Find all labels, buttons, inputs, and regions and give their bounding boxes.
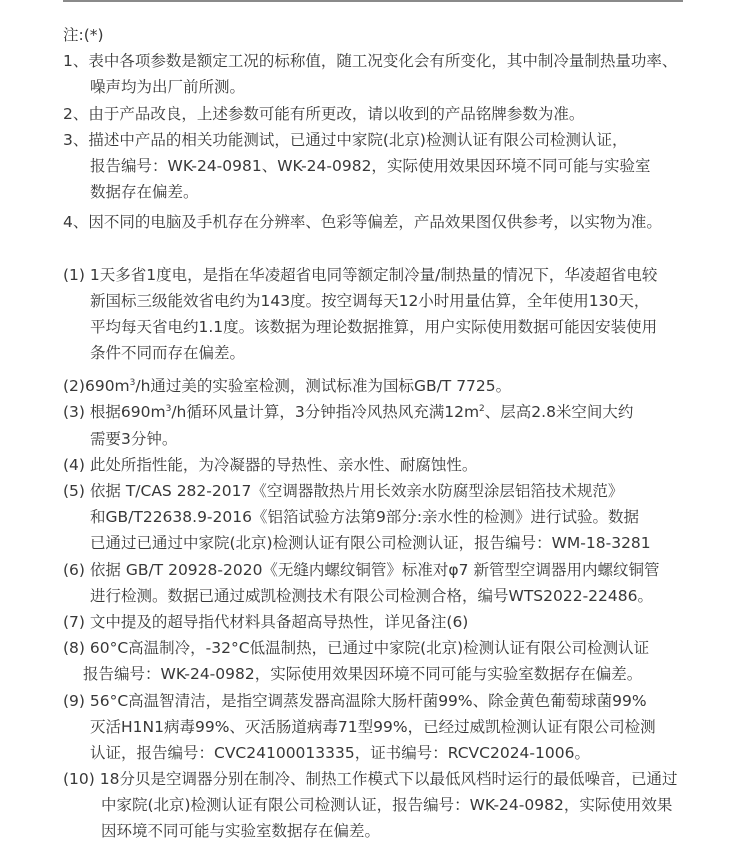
footnote-text: 依据 T/CAS 282-2017《空调器散热片用长效亲水防腐型涂层铝箔技术规范…	[90, 482, 623, 500]
footnote-3: (3) 根据690m3/h循环风量计算，3分钟指冷风热风充满12m2、层高2.8…	[63, 399, 743, 425]
footnote-4: (4) 此处所指性能，为冷凝器的导热性、亲水性、耐腐蚀性。	[63, 452, 743, 478]
footnote-8: (8) 60°C高温制冷，-32°C低温制热，已通过中家院(北京)检测认证有限公…	[63, 635, 743, 661]
footnote-text: 1天多省1度电，是指在华凌超省电同等额定制冷量/制热量的情况下，华凌超省电较	[90, 266, 657, 284]
note-marker: 2、	[63, 105, 88, 123]
footnote-10: (10) 18分贝是空调器分别在制冷、制热工作模式下以最低风档时运行的最低噪音，…	[63, 766, 743, 792]
footnote-10-cont: 中家院(北京)检测认证有限公司检测认证，报告编号：WK-24-0982，实际使用…	[63, 792, 743, 818]
footnote-3-cont: 需要3分钟。	[63, 426, 743, 452]
footnote-marker: (3)	[63, 403, 90, 421]
general-note-1: 1、表中各项参数是额定工况的标称值，随工况变化会有所变化，其中制冷量制热量功率、	[63, 48, 743, 74]
footnote-text: 60°C高温制冷，-32°C低温制热，已通过中家院(北京)检测认证有限公司检测认…	[90, 639, 649, 657]
footnote-1: (1) 1天多省1度电，是指在华凌超省电同等额定制冷量/制热量的情况下，华凌超省…	[63, 262, 743, 288]
footnote-9: (9) 56°C高温智清洁，是指空调蒸发器高温除大肠杆菌99%、除金黄色葡萄球菌…	[63, 688, 743, 714]
footnote-2: (2)690m3/h通过美的实验室检测，测试标准为国标GB/T 7725。	[63, 373, 743, 399]
note-marker: 1、	[63, 52, 88, 70]
footnote-text: 文中提及的超导指代材料具备超高导热性，详见备注(6)	[90, 613, 468, 631]
note-text: 由于产品改良，上述参数可能有所更改，请以收到的产品铭牌参数为准。	[88, 105, 584, 123]
footnote-5-cont: 和GB/T22638.9-2016《铝箔试验方法第9部分:亲水性的检测》进行试验…	[63, 504, 743, 530]
footnote-text: 690m3/h通过美的实验室检测，测试标准为国标GB/T 7725。	[85, 377, 511, 395]
note-text: 因不同的电脑及手机存在分辨率、色彩等偏差，产品效果图仅供参考，以实物为准。	[88, 213, 662, 231]
general-note-2: 2、由于产品改良，上述参数可能有所更改，请以收到的产品铭牌参数为准。	[63, 101, 743, 127]
footnote-5: (5) 依据 T/CAS 282-2017《空调器散热片用长效亲水防腐型涂层铝箔…	[63, 478, 743, 504]
note-marker: 3、	[63, 131, 88, 149]
general-note-3-cont: 数据存在偏差。	[63, 179, 743, 205]
footnote-marker: (4)	[63, 456, 90, 474]
footnote-1-cont: 新国标三级能效省电约为143度。按空调每天12小时用量估算，全年使用130天，	[63, 288, 743, 314]
note-heading: 注:(*)	[63, 22, 743, 48]
footnote-text: 根据690m3/h循环风量计算，3分钟指冷风热风充满12m2、层高2.8米空间大…	[90, 403, 634, 421]
footnote-6: (6) 依据 GB/T 20928-2020《无缝内螺纹铜管》标准对φ7 新管型…	[63, 557, 743, 583]
footnote-text: 18分贝是空调器分别在制冷、制热工作模式下以最低风档时运行的最低噪音，已通过	[100, 770, 678, 788]
note-text: 描述中产品的相关功能测试，已通过中家院(北京)检测认证有限公司检测认证，	[88, 131, 627, 149]
footnote-1-cont: 平均每天省电约1.1度。该数据为理论数据推算，用户实际使用数据可能因安装使用	[63, 314, 743, 340]
footnote-marker: (7)	[63, 613, 90, 631]
footnote-6-cont: 进行检测。数据已通过威凯检测技术有限公司检测合格，编号WTS2022-22486…	[63, 583, 743, 609]
footnote-text: 此处所指性能，为冷凝器的导热性、亲水性、耐腐蚀性。	[90, 456, 478, 474]
footnote-marker: (10)	[63, 770, 100, 788]
footnote-9-cont: 认证，报告编号：CVC24100013335，证书编号：RCVC2024-100…	[63, 740, 743, 766]
note-marker: 4、	[63, 213, 88, 231]
footnote-9-cont: 灭活H1N1病毒99%、灭活肠道病毒71型99%，已经过威凯检测认证有限公司检测	[63, 714, 743, 740]
notes-document: 注:(*) 1、表中各项参数是额定工况的标称值，随工况变化会有所变化，其中制冷量…	[63, 22, 743, 845]
footnote-marker: (6)	[63, 561, 90, 579]
note-text: 表中各项参数是额定工况的标称值，随工况变化会有所变化，其中制冷量制热量功率、	[88, 52, 677, 70]
footnote-7: (7) 文中提及的超导指代材料具备超高导热性，详见备注(6)	[63, 609, 743, 635]
footnote-10-cont: 因环境不同可能与实验室数据存在偏差。	[63, 818, 743, 844]
footnote-marker: (2)	[63, 377, 85, 395]
footnote-marker: (9)	[63, 692, 90, 710]
general-note-1-cont: 噪声均为出厂前所测。	[63, 74, 743, 100]
general-note-3-cont: 报告编号：WK-24-0981、WK-24-0982，实际使用效果因环境不同可能…	[63, 153, 743, 179]
general-note-3: 3、描述中产品的相关功能测试，已通过中家院(北京)检测认证有限公司检测认证，	[63, 127, 743, 153]
footnote-marker: (8)	[63, 639, 90, 657]
footnote-text: 依据 GB/T 20928-2020《无缝内螺纹铜管》标准对φ7 新管型空调器用…	[90, 561, 660, 579]
footnote-marker: (1)	[63, 266, 90, 284]
footnote-5-cont: 已通过已通过中家院(北京)检测认证有限公司检测认证，报告编号：WM-18-328…	[63, 530, 743, 556]
footnote-text: 56°C高温智清洁，是指空调蒸发器高温除大肠杆菌99%、除金黄色葡萄球菌99%	[90, 692, 647, 710]
footnote-marker: (5)	[63, 482, 90, 500]
footnote-1-cont: 条件不同而存在偏差。	[63, 340, 743, 366]
footnote-8-cont: 报告编号：WK-24-0982，实际使用效果因环境不同可能与实验室数据存在偏差。	[63, 661, 743, 687]
general-note-4: 4、因不同的电脑及手机存在分辨率、色彩等偏差，产品效果图仅供参考，以实物为准。	[63, 209, 743, 235]
top-divider	[63, 0, 683, 2]
